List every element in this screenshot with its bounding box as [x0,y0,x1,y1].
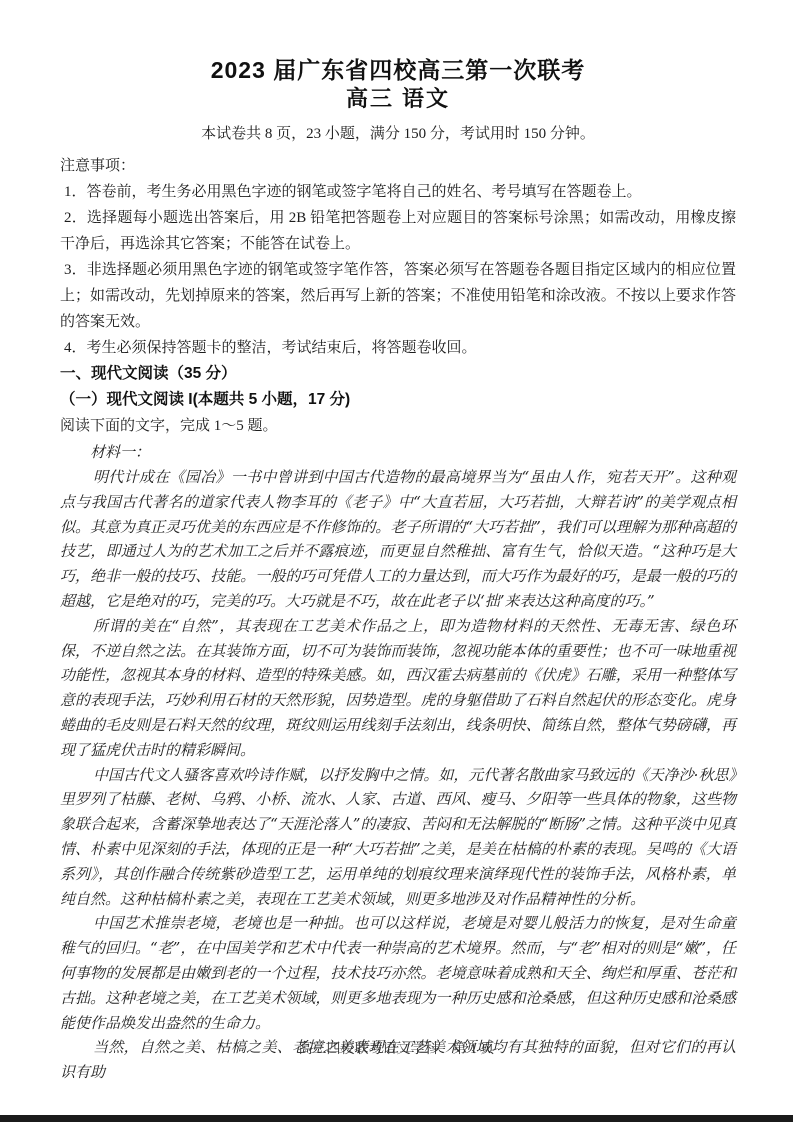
page-footer: 高三四校联考语文学科 第 1 页 [0,1038,793,1058]
exam-page: 2023 届广东省四校高三第一次联考 高三 语文 本试卷共 8 页，23 小题，… [0,0,793,1085]
subsection-heading-reading-1: （一）现代文阅读 I(本题共 5 小题，17 分) [60,387,736,413]
exam-info-line: 本试卷共 8 页，23 小题，满分 150 分，考试用时 150 分钟。 [60,124,736,144]
notice-item-1: 1．答卷前，考生务必用黑色字迹的钢笔或签字笔将自己的姓名、考号填写在答题卷上。 [60,179,736,205]
scan-bottom-edge [0,1115,793,1122]
notices-label: 注意事项： [60,153,736,179]
body-paragraph-3: 中国古代文人骚客喜欢吟诗作赋，以抒发胸中之情。如，元代著名散曲家马致远的《天净沙… [60,763,736,912]
reading-instruction: 阅读下面的文字，完成 1～5 题。 [60,413,736,439]
body-paragraph-1: 明代计成在《园冶》一书中曾讲到中国古代造物的最高境界当为“虽由人作，宛若天开”。… [60,465,736,614]
page-title: 2023 届广东省四校高三第一次联考 [60,56,736,85]
notices-section: 注意事项： 1．答卷前，考生务必用黑色字迹的钢笔或签字笔将自己的姓名、考号填写在… [60,153,736,361]
page-subtitle: 高三 语文 [60,85,736,112]
body-paragraph-2: 所谓的美在“自然”，其表现在工艺美术作品之上，即为造物材料的天然性、无毒无害、绿… [60,614,736,763]
notice-item-2: 2．选择题每小题选出答案后，用 2B 铅笔把答题卷上对应题目的答案标号涂黑；如需… [60,205,736,257]
notice-item-3: 3．非选择题必须用黑色字迹的钢笔或签字笔作答，答案必须写在答题卷各题目指定区域内… [60,257,736,335]
notice-item-4: 4．考生必须保持答题卡的整洁，考试结束后，将答题卷收回。 [60,335,736,361]
body-paragraph-4: 中国艺术推崇老境，老境也是一种拙。也可以这样说，老境是对婴儿般活力的恢复，是对生… [60,911,736,1035]
section-heading-modern-reading: 一、现代文阅读（35 分） [60,361,736,387]
material-one-label: 材料一： [60,439,736,465]
